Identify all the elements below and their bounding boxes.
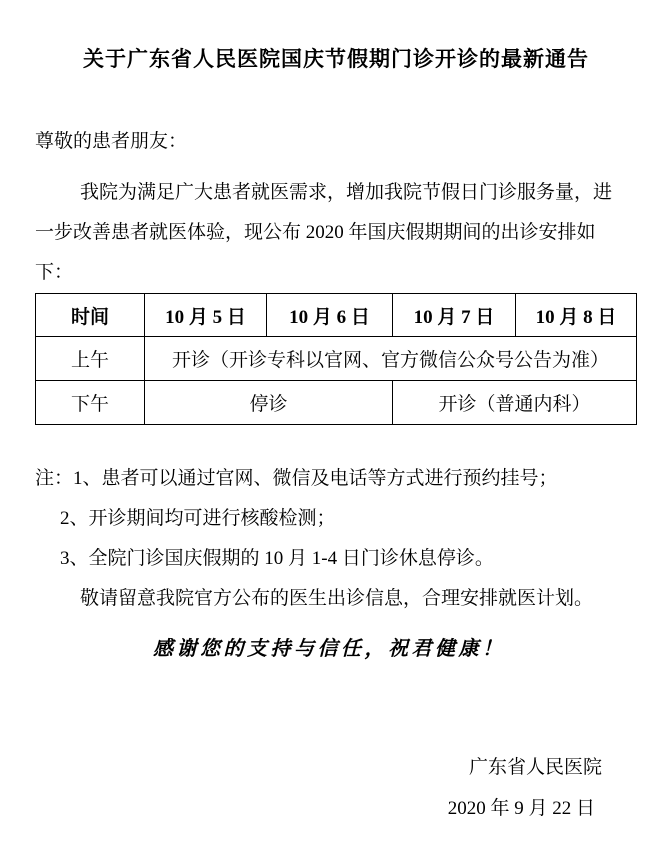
header-cell-oct7: 10 月 7 日 [393, 294, 516, 337]
note-item-3: 3、全院门诊国庆假期的 10 月 1-4 日门诊休息停诊。 [35, 539, 637, 579]
signature-date: 2020 年 9 月 22 日 [35, 789, 637, 829]
note-item-2: 2、开诊期间均可进行核酸检测； [35, 499, 637, 539]
schedule-row-morning: 上午 开诊（开诊专科以官网、官方微信公众号公告为准） [36, 337, 637, 381]
note-item-1: 注：1、患者可以通过官网、微信及电话等方式进行预约挂号； [35, 459, 637, 499]
intro-line-3: 下： [35, 253, 637, 293]
intro-paragraph: 我院为满足广大患者就医需求，增加我院节假日门诊服务量，进 一步改善患者就医体验，… [35, 173, 637, 293]
signature-org: 广东省人民医院 [35, 747, 637, 789]
schedule-table: 时间 10 月 5 日 10 月 6 日 10 月 7 日 10 月 8 日 上… [35, 293, 637, 425]
salutation: 尊敬的患者朋友： [35, 131, 637, 153]
row-label-afternoon: 下午 [36, 381, 145, 425]
header-cell-time: 时间 [36, 294, 145, 337]
thanks-line: 感谢您的支持与信任，祝君健康！ [35, 627, 637, 671]
header-cell-oct5: 10 月 5 日 [145, 294, 267, 337]
afternoon-open-cell: 开诊（普通内科） [393, 381, 637, 425]
notice-document: 关于广东省人民医院国庆节假期门诊开诊的最新通告 尊敬的患者朋友： 我院为满足广大… [0, 0, 670, 858]
intro-line-2: 一步改善患者就医体验，现公布 2020 年国庆假期期间的出诊安排如 [35, 213, 637, 253]
header-cell-oct6: 10 月 6 日 [267, 294, 393, 337]
notes-section: 注：1、患者可以通过官网、微信及电话等方式进行预约挂号； 2、开诊期间均可进行核… [35, 459, 637, 619]
morning-schedule-cell: 开诊（开诊专科以官网、官方微信公众号公告为准） [145, 337, 637, 381]
schedule-header-row: 时间 10 月 5 日 10 月 6 日 10 月 7 日 10 月 8 日 [36, 294, 637, 337]
header-cell-oct8: 10 月 8 日 [516, 294, 637, 337]
intro-line-1: 我院为满足广大患者就医需求，增加我院节假日门诊服务量，进 [35, 173, 637, 213]
row-label-morning: 上午 [36, 337, 145, 381]
afternoon-closed-cell: 停诊 [145, 381, 393, 425]
notice-title: 关于广东省人民医院国庆节假期门诊开诊的最新通告 [35, 0, 637, 74]
reminder-line: 敬请留意我院官方公布的医生出诊信息，合理安排就医计划。 [35, 579, 637, 619]
schedule-row-afternoon: 下午 停诊 开诊（普通内科） [36, 381, 637, 425]
